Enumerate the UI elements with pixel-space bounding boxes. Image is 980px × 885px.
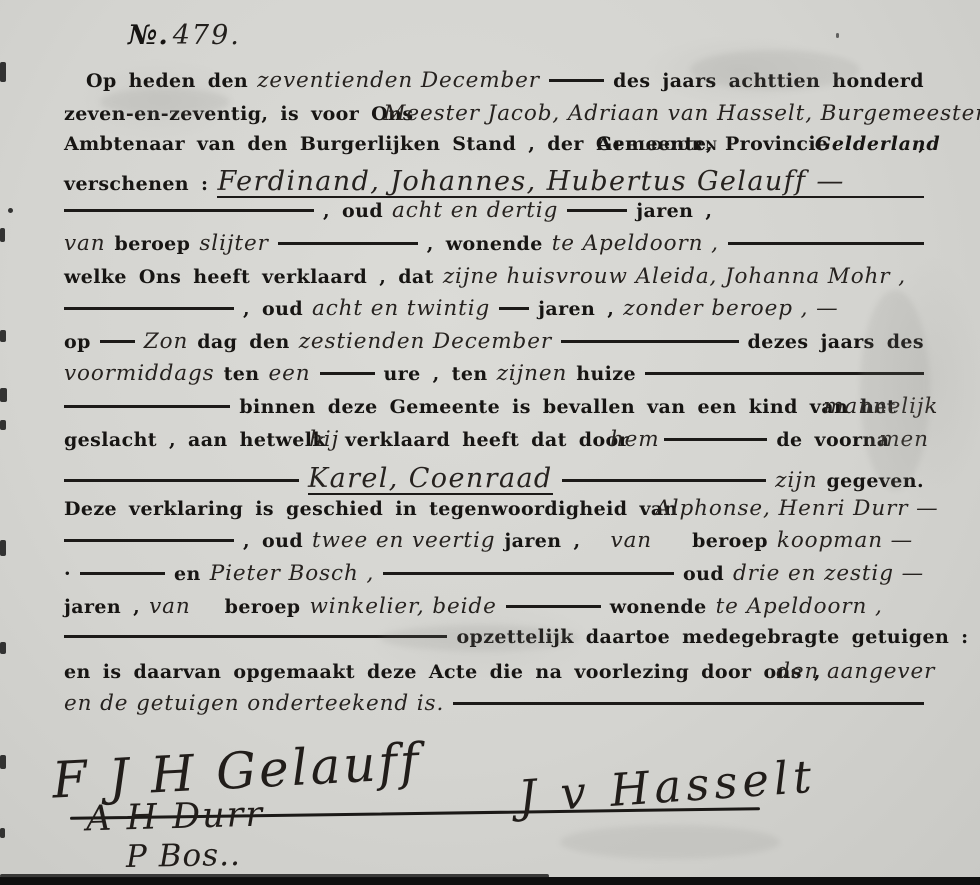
- signature-registrar: J v Hasselt: [517, 750, 818, 824]
- handwritten-entry: koopman —: [777, 530, 913, 552]
- fill-line: [64, 307, 234, 310]
- document-line: Karel, Coenraadzijngegeven.: [64, 465, 924, 498]
- handwritten-entry: Zon: [144, 331, 188, 353]
- printed-text: op: [64, 333, 91, 352]
- printed-text: ure , ten: [384, 365, 488, 384]
- printed-text: geslacht , aan hetwelk: [64, 431, 300, 450]
- ink-bleedthrough: [100, 88, 230, 116]
- handwritten-entry: van: [149, 596, 191, 618]
- fill-line: [549, 79, 604, 82]
- printed-text: huize: [576, 365, 636, 384]
- printed-text: ,: [918, 135, 924, 154]
- fill-line: [64, 405, 230, 408]
- document-line: , oudacht en dertigjaren ,: [64, 200, 924, 233]
- printed-text: jaren ,: [636, 202, 712, 221]
- fill-line: [100, 340, 135, 343]
- page-edge-mark: [0, 755, 6, 769]
- document-line: binnen deze Gemeente is bevallen van een…: [64, 396, 924, 429]
- page-edge-mark: [0, 420, 6, 430]
- printed-text: ten: [224, 365, 260, 384]
- fill-line: [453, 702, 924, 705]
- handwritten-entry: zijn: [775, 470, 817, 492]
- document-line: opZondag denzestienden Decemberdezes jaa…: [64, 331, 924, 364]
- record-number: №.479.: [128, 22, 241, 49]
- handwritten-entry: acht en twintig: [312, 298, 490, 320]
- page-edge-mark: [0, 388, 7, 402]
- signature-witness-bos: P Bos..: [126, 837, 241, 875]
- printed-text-smallcaps: Apeldoorn: [597, 135, 697, 154]
- fill-line: [64, 479, 299, 482]
- fill-line: [664, 438, 768, 441]
- printed-text: dag den: [197, 333, 289, 352]
- fill-line: [383, 572, 674, 575]
- scanned-birth-record-page: №.479. Op heden denzeventienden December…: [0, 0, 980, 885]
- handwritten-entry: te Apeldoorn ,: [552, 233, 719, 255]
- handwritten-entry: van: [64, 233, 106, 255]
- fill-line: [320, 372, 375, 375]
- printed-text: jaren ,: [64, 598, 140, 617]
- handwritten-entry: zijnen: [497, 363, 568, 385]
- printed-text: jaren ,: [538, 300, 614, 319]
- ink-bleedthrough: [690, 50, 860, 90]
- handwritten-entry: Pieter Bosch ,: [210, 563, 374, 585]
- printed-text: welke Ons heeft verklaard , dat: [64, 268, 434, 287]
- printed-text: beroep: [225, 598, 301, 617]
- handwritten-entry: van: [611, 530, 653, 552]
- printed-text: , oud: [323, 202, 383, 221]
- printed-text: verklaard heeft dat door: [345, 431, 601, 450]
- record-number-symbol: №.: [128, 20, 169, 51]
- ink-bleedthrough: [560, 825, 780, 859]
- handwritten-entry: drie en zestig —: [733, 563, 924, 585]
- handwritten-entry: zonder beroep , —: [623, 298, 838, 320]
- document-line: geslacht , aan hetwelkhijverklaard heeft…: [64, 429, 924, 462]
- handwritten-entry: zestienden December: [299, 331, 552, 353]
- document-line: Deze verklaring is geschied in tegenwoor…: [64, 498, 924, 531]
- printed-text: , oud: [243, 300, 303, 319]
- fill-line: [278, 242, 418, 245]
- printed-text: , wonende: [427, 235, 543, 254]
- handwritten-entry: Meester Jacob, Adriaan van Hasselt, Burg…: [384, 103, 925, 125]
- printed-text: en is daarvan opgemaakt deze Acte die na…: [64, 663, 767, 682]
- printed-text-italic: Gelderland: [815, 135, 917, 154]
- document-line: vanberoepslijter, wonendete Apeldoorn ,: [64, 233, 924, 266]
- document-line: jaren ,vanberoepwinkelier, beidewonendet…: [64, 596, 924, 629]
- printed-text: Deze verklaring is geschied in tegenwoor…: [64, 500, 646, 519]
- fill-line: [499, 307, 529, 310]
- document-line: , oudacht en twintigjaren ,zonder beroep…: [64, 298, 924, 331]
- record-number-value: 479.: [173, 20, 241, 51]
- printed-text: oud: [683, 565, 724, 584]
- fill-line: [64, 539, 234, 542]
- printed-text: jaren ,: [504, 532, 580, 551]
- printed-text: verschenen :: [64, 175, 208, 194]
- fill-line: [561, 340, 739, 343]
- printed-text: en: [174, 565, 201, 584]
- fill-line: [567, 209, 627, 212]
- printed-text: beroep: [692, 532, 768, 551]
- document-line: voormiddagsteneenure , tenzijnenhuize: [64, 363, 924, 396]
- handwritten-entry: twee en veertig: [312, 530, 495, 552]
- document-line: Ambtenaar van den Burgerlijken Stand , d…: [64, 135, 924, 168]
- page-edge-mark: [0, 330, 6, 342]
- document-line: verschenen :Ferdinand, Johannes, Hubertu…: [64, 168, 924, 201]
- document-line: ·enPieter Bosch ,ouddrie en zestig —: [64, 563, 924, 596]
- document-line: , oudtwee en veertigjaren ,vanberoepkoop…: [64, 530, 924, 563]
- scan-edge-bottom-thick: [0, 874, 549, 878]
- handwritten-entry: hij: [309, 429, 336, 451]
- fill-line: [64, 209, 314, 212]
- handwritten-entry-underlined: Karel, Coenraad: [308, 465, 553, 495]
- page-edge-mark: [0, 228, 5, 242]
- handwritten-entry: een: [269, 363, 311, 385]
- handwritten-entry: te Apeldoorn ,: [716, 596, 883, 618]
- document-line: welke Ons heeft verklaard , datzijne hui…: [64, 266, 924, 299]
- page-edge-mark: [0, 540, 6, 556]
- printed-text: Ambtenaar van den Burgerlijken Stand , d…: [64, 135, 588, 154]
- printed-text: , oud: [243, 532, 303, 551]
- printed-text: beroep: [115, 235, 191, 254]
- ink-bleedthrough: [380, 625, 580, 651]
- fill-line: [562, 479, 767, 482]
- handwritten-entry-underlined: Ferdinand, Johannes, Hubertus Gelauff —: [217, 168, 924, 198]
- handwritten-entry: en de getuigen onderteekend is.: [64, 693, 444, 715]
- fill-line: [80, 572, 165, 575]
- printed-text: binnen deze Gemeente is bevallen van een…: [239, 398, 814, 417]
- handwritten-entry: slijter: [199, 233, 268, 255]
- page-edge-mark: [8, 208, 13, 213]
- handwritten-entry: winkelier, beide: [310, 596, 497, 618]
- signature-witness-durr: A H Durr: [86, 795, 265, 840]
- page-edge-mark: [0, 642, 6, 654]
- fill-line: [728, 242, 924, 245]
- handwritten-entry: zeventienden December: [257, 70, 540, 92]
- handwritten-entry: den aangever: [776, 661, 924, 683]
- page-edge-mark: [0, 62, 6, 82]
- handwritten-entry: zijne huisvrouw Aleida, Johanna Mohr ,: [443, 266, 906, 288]
- scan-speck: [836, 33, 839, 38]
- fill-line: [506, 605, 601, 608]
- printed-text: wonende: [610, 598, 707, 617]
- handwritten-entry: voormiddags: [64, 363, 215, 385]
- document-line: en is daarvan opgemaakt deze Acte die na…: [64, 661, 924, 694]
- document-line: en de getuigen onderteekend is.: [64, 693, 924, 726]
- handwritten-entry: hem: [610, 429, 655, 451]
- handwritten-entry: acht en dertig: [392, 200, 558, 222]
- ink-bleedthrough: [860, 290, 930, 490]
- printed-text: ·: [64, 565, 71, 584]
- scan-edge-bottom: [0, 877, 980, 885]
- printed-text: , Provincie: [706, 135, 806, 154]
- page-edge-mark: [0, 828, 5, 838]
- handwritten-entry: Alphonse, Henri Durr —: [655, 498, 924, 520]
